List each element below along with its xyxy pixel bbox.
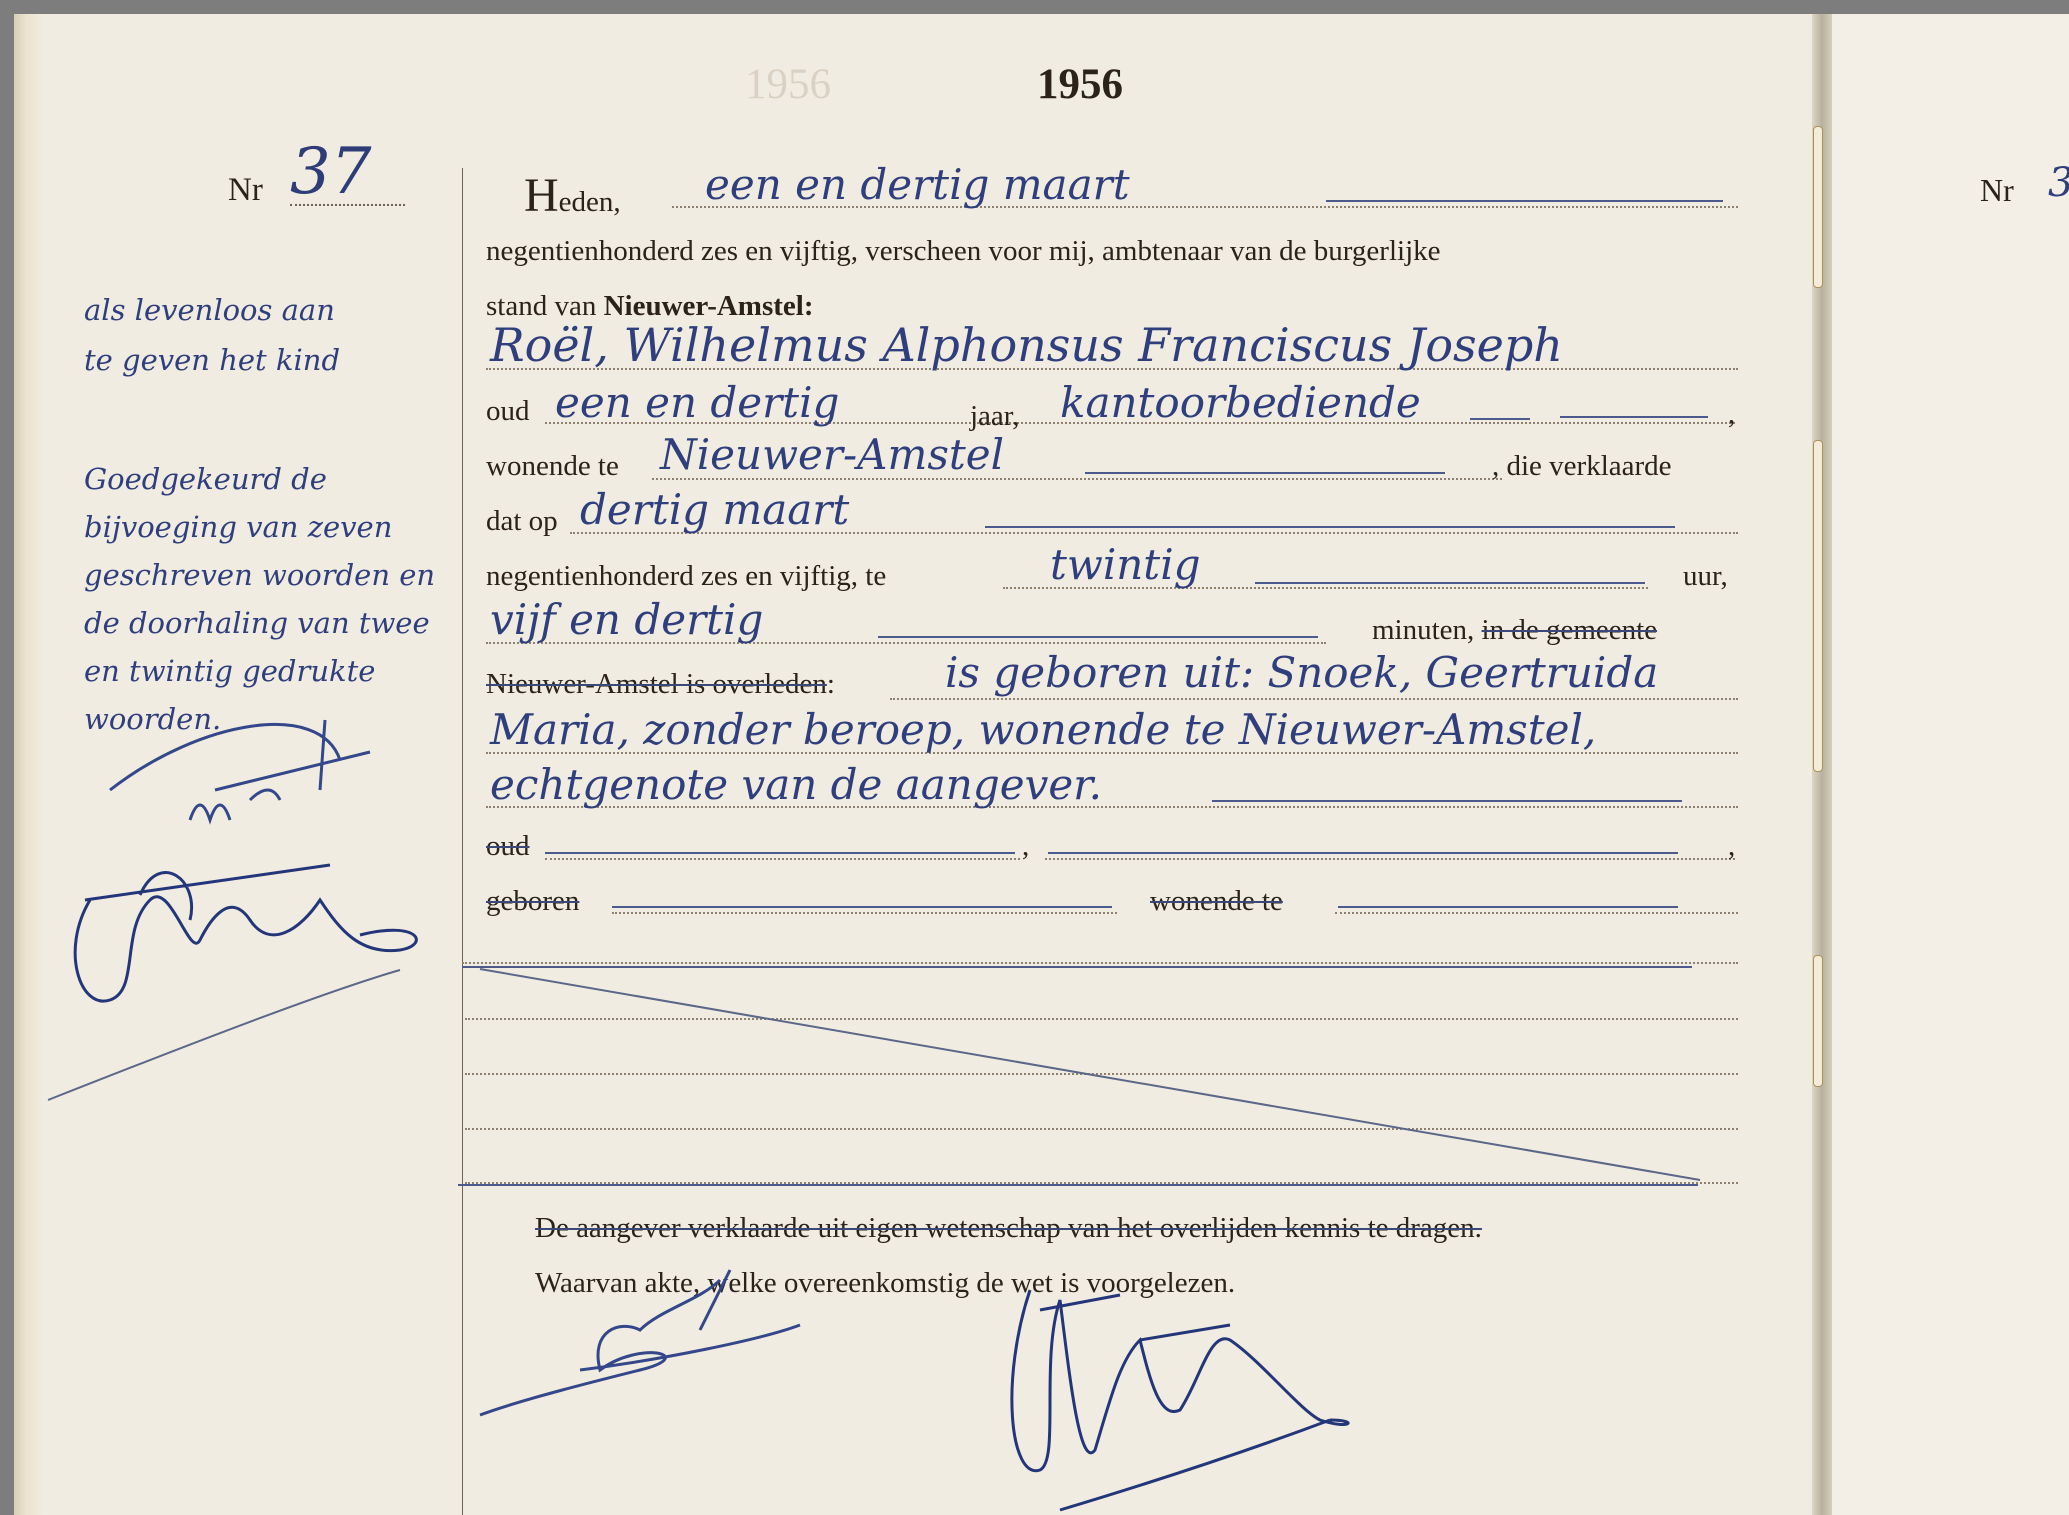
margin-signature-underline bbox=[48, 970, 400, 1100]
signature-declarant bbox=[480, 1270, 800, 1415]
ink-strokes bbox=[0, 0, 2069, 1515]
margin-signature-declarant bbox=[110, 720, 370, 820]
signature-registrar bbox=[1012, 1290, 1348, 1510]
cancellation-diagonal bbox=[480, 969, 1700, 1180]
